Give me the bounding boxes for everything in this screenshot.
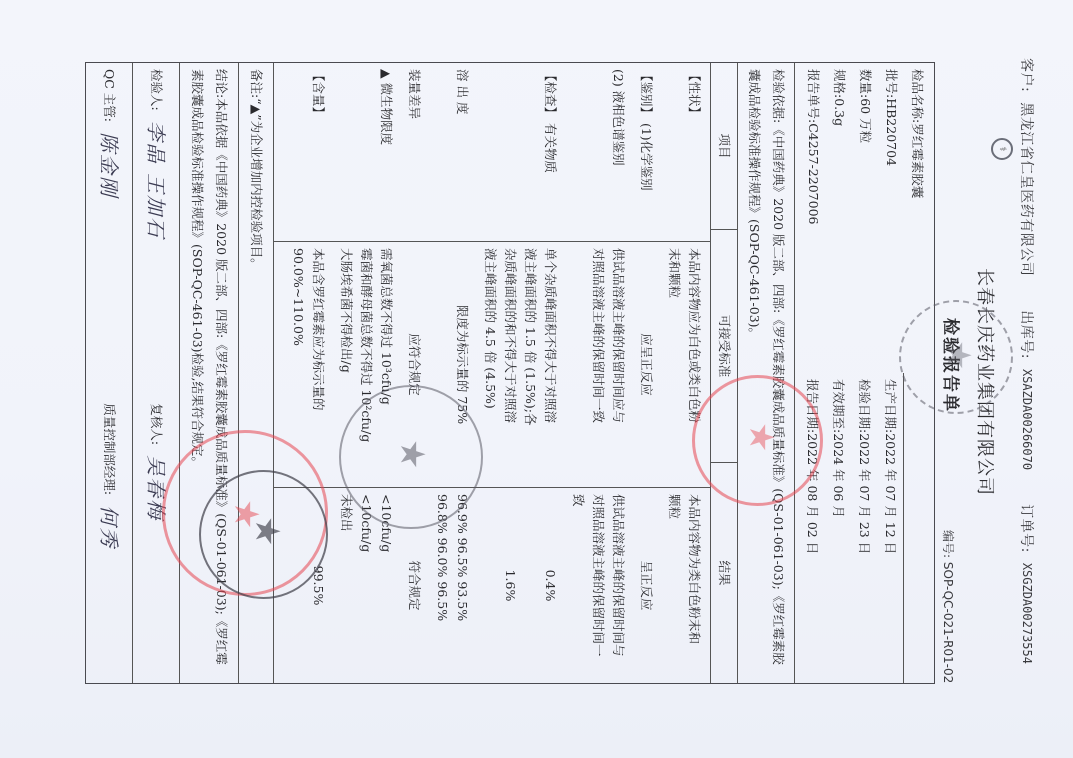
test-result-4-line: 96.9% 96.5% 93.5% <box>452 494 472 677</box>
test-result-3: 0.4%1.6% <box>480 494 560 677</box>
test-result-0: 本品内容物为类白色粉末和颗粒 <box>664 494 704 677</box>
acceptance-standard-3-line: 杂质峰面积的和不得大于对照溶 <box>500 248 520 481</box>
acceptance-standard-2: 供试品溶液主峰的保留时间应与对照品溶液主峰的保留时间一致 <box>568 248 628 481</box>
qc-supervisor-signature: 陈金刚 <box>97 132 121 198</box>
conclusion-row: 结论:本品依据《中国药典》2020 版二部、四部:《罗红霉素胶囊成品质量标准》(… <box>179 63 238 683</box>
company-name: 长春长庆药业集团有限公司 <box>973 268 999 496</box>
production-date: 生产日期:2022 年 07 月 12 日 <box>877 373 903 677</box>
test-result-5: 符合规定 <box>404 494 424 677</box>
report-title: 检验报告单 <box>940 318 965 413</box>
test-item-1: 【鉴别】 (1)化学鉴别 <box>636 69 656 235</box>
test-item-1-line: 【鉴别】 (1)化学鉴别 <box>636 69 656 235</box>
acceptance-standard-7: 本品含罗红霉素应为标示量的90.0%~110.0% <box>288 248 328 481</box>
order-label: 订单号: <box>1017 504 1037 553</box>
test-result-6-line: 未检出 <box>336 494 356 677</box>
company-logo-icon: ⚕ <box>991 138 1013 160</box>
acceptance-standard-5: 应符合规定 <box>404 248 424 481</box>
acceptance-standard-1-line: 应呈正反应 <box>636 248 656 481</box>
test-result-2: 供试品溶液主峰的保留时间与对照品溶液主峰的保留时间一致 <box>568 494 628 677</box>
test-item-3-line <box>480 69 500 235</box>
info-right-blank <box>903 373 930 683</box>
test-item-2-line: (2) 液相色谱鉴别 <box>608 69 628 235</box>
acceptance-standard-3: 单个杂质峰面积不得大于对照溶液主峰面积的 1.5 倍 (1.5%);各杂质峰面积… <box>480 248 560 481</box>
test-item-6: ▲ 微生物限度 <box>336 69 396 235</box>
test-result-0-line: 颗粒 <box>664 494 684 677</box>
header-item: 项目 <box>711 63 737 229</box>
report-page: 客户: 黑龙江省仁皇医药有限公司 出库号: XSAZDA00266070 订单号… <box>0 0 1073 758</box>
test-result-6-line: <10cfu/g <box>376 494 396 677</box>
info-block: 检品名称:罗红霉素胶囊 批号:HB220704 数量:60 万粒 规格:0.3g… <box>794 63 934 683</box>
test-result-2-line: 对照品溶液主峰的保留时间一 <box>588 494 608 677</box>
acceptance-standard-3-line: 液主峰面积的 1.5 倍 (1.5%);各 <box>520 248 540 481</box>
acceptance-standard-7-line: 本品含罗红霉素应为标示量的 <box>308 248 328 481</box>
outbound-number: XSAZDA00266070 <box>1020 369 1034 470</box>
note-row: 备注:“▲”为企业增加内控检验项目。 <box>238 63 273 683</box>
acceptance-standard-2-line <box>568 248 588 481</box>
acceptance-standard-2-line: 供试品溶液主峰的保留时间应与 <box>608 248 628 481</box>
acceptance-standard-6-line: 需氧菌总数不得过 10³cfu/g <box>376 248 396 481</box>
test-item-5-line: 装量差异 <box>404 69 424 235</box>
test-item-3: 【检查】 有关物质 <box>480 69 560 235</box>
acceptance-standard-3-line: 液主峰面积的 4.5 倍 (4.5%) <box>480 248 500 481</box>
inspection-date: 检验日期:2022 年 07 月 23 日 <box>851 379 877 677</box>
test-result-6: <10cfu/g<10cfu/g未检出 <box>336 494 396 677</box>
order-number: XSGZDA00273554 <box>1020 563 1034 664</box>
test-result-6-line: <10cfu/g <box>356 494 376 677</box>
acceptance-standard-7-line: 90.0%~110.0% <box>288 248 308 481</box>
acceptance-standard-0-line: 末和颗粒 <box>664 248 684 481</box>
acceptance-standard-4-line: 限度为标示量的 75% <box>452 248 472 481</box>
header-standard: 可接受标准 <box>711 229 737 462</box>
test-item-3-line: 【检查】 有关物质 <box>540 69 560 235</box>
customer-label: 客户: <box>1017 58 1037 92</box>
specification: 规格:0.3g <box>826 69 852 367</box>
test-item-2-line <box>588 69 608 235</box>
signature-row-1: 检验人: 李晶 王加石 复核人: 吴春梅 <box>132 63 179 683</box>
test-result-1: 呈正反应 <box>636 494 656 677</box>
test-item-6-line <box>356 69 376 235</box>
document-number-label: 编号: <box>941 530 955 558</box>
acceptance-standard-6-line: 大肠埃希菌不得检出/g <box>336 248 356 481</box>
report-date: 报告日期:2022 年 08 月 02 日 <box>799 379 825 677</box>
test-result-3-line <box>520 494 540 677</box>
test-item-0: 【性状】 <box>664 69 704 235</box>
conclusion-text: 结论:本品依据《中国药典》2020 版二部、四部:《罗红霉素胶囊成品质量标准》(… <box>180 63 238 683</box>
test-result-7-line: 99.5% <box>308 494 328 677</box>
test-result-5-line: 符合规定 <box>404 494 424 677</box>
acceptance-standard-1: 应呈正反应 <box>636 248 656 481</box>
reviewer-label: 复核人: <box>144 403 168 445</box>
header-result: 结果 <box>711 462 737 683</box>
document-number-value: SOP-QC-021-R01-02 <box>941 562 955 683</box>
test-item-4-line: 溶 出 度 <box>452 69 472 235</box>
reviewer-signature: 吴春梅 <box>144 455 168 521</box>
info-left: 检品名称:罗红霉素胶囊 批号:HB220704 数量:60 万粒 规格:0.3g… <box>795 63 934 373</box>
items-body: 【性状】【鉴别】 (1)化学鉴别(2) 液相色谱鉴别【检查】 有关物质溶 出 度… <box>273 63 710 683</box>
inspector-label: 检验人: <box>144 69 168 111</box>
results-column: 本品内容物为类白色粉末和颗粒呈正反应供试品溶液主峰的保留时间与对照品溶液主峰的保… <box>274 487 710 683</box>
test-item-7-line: 【含量】 <box>308 69 328 235</box>
note-text: 备注:“▲”为企业增加内控检验项目。 <box>239 63 273 277</box>
test-result-2-line: 供试品溶液主峰的保留时间与 <box>608 494 628 677</box>
acceptance-standard-6-line: 霉菌和酵母菌总数不得过 10²cfu/g <box>356 248 376 481</box>
report-number: 报告单号:C4257-2207006 <box>800 69 826 367</box>
test-item-5: 装量差异 <box>404 69 424 235</box>
acceptance-standard-0-line: 本品内容物应为白色或类白色粉 <box>684 248 704 481</box>
inspection-basis: 检验依据:《中国药典》2020 版二部、四部:《罗红霉素胶囊成品质量标准》(QS… <box>738 63 794 683</box>
info-right: 生产日期:2022 年 07 月 12 日 检验日期:2022 年 07 月 2… <box>795 373 934 683</box>
acceptance-standard-4: 限度为标示量的 75% <box>432 248 472 481</box>
test-item-4-line <box>432 69 452 235</box>
standards-column: 本品内容物应为白色或类白色粉末和颗粒应呈正反应供试品溶液主峰的保留时间应与对照品… <box>274 241 710 487</box>
test-item-0-line <box>664 69 684 235</box>
basis-row: 检验依据:《中国药典》2020 版二部、四部:《罗红霉素胶囊成品质量标准》(QS… <box>737 63 794 683</box>
test-result-3-line: 0.4% <box>540 494 560 677</box>
test-item-6-line <box>336 69 356 235</box>
quantity: 数量:60 万粒 <box>852 69 878 367</box>
test-item-2-line <box>568 69 588 235</box>
customer-name: 黑龙江省仁皇医药有限公司 <box>1017 102 1037 276</box>
table-header: 项目 可接受标准 结果 <box>710 63 737 683</box>
test-item-6-line: ▲ 微生物限度 <box>376 69 396 235</box>
test-result-4-line: 96.8% 96.0% 96.5% <box>432 494 452 677</box>
qc-manager-label: 质量控制部经理: <box>97 403 121 495</box>
test-item-7: 【含量】 <box>288 69 328 235</box>
test-result-1-line: 呈正反应 <box>636 494 656 677</box>
acceptance-standard-3-line: 单个杂质峰面积不得大于对照溶 <box>540 248 560 481</box>
expiry-date: 有效期至:2024 年 06 月 <box>825 379 851 677</box>
test-result-0-line: 本品内容物为类白色粉末和 <box>684 494 704 677</box>
test-item-4: 溶 出 度 <box>432 69 472 235</box>
test-item-3-line <box>500 69 520 235</box>
test-result-7-line <box>288 494 308 677</box>
test-item-3-line <box>520 69 540 235</box>
report-table: 检品名称:罗红霉素胶囊 批号:HB220704 数量:60 万粒 规格:0.3g… <box>85 62 935 684</box>
test-result-2-line: 致 <box>568 494 588 677</box>
signature-row-2: QC 主管: 陈金刚 质量控制部经理: 何秀 <box>86 63 132 683</box>
test-item-7-line <box>288 69 308 235</box>
acceptance-standard-4-line <box>432 248 452 481</box>
document-number: 编号: SOP-QC-021-R01-02 <box>940 530 957 683</box>
qc-manager-signature: 何秀 <box>97 505 121 549</box>
test-result-3-line <box>480 494 500 677</box>
acceptance-standard-6: 需氧菌总数不得过 10³cfu/g霉菌和酵母菌总数不得过 10²cfu/g大肠埃… <box>336 248 396 481</box>
test-result-3-line: 1.6% <box>500 494 520 677</box>
test-item-2: (2) 液相色谱鉴别 <box>568 69 628 235</box>
acceptance-standard-5-line: 应符合规定 <box>404 248 424 481</box>
product-name: 检品名称:罗红霉素胶囊 <box>904 69 930 367</box>
acceptance-standard-0: 本品内容物应为白色或类白色粉末和颗粒 <box>664 248 704 481</box>
qc-supervisor-label: QC 主管: <box>97 69 121 122</box>
header-line: 客户: 黑龙江省仁皇医药有限公司 出库号: XSAZDA00266070 订单号… <box>1017 58 1037 708</box>
batch-number: 批号:HB220704 <box>878 69 904 367</box>
inspector-signature: 李晶 王加石 <box>144 121 168 239</box>
test-result-4: 96.9% 96.5% 93.5%96.8% 96.0% 96.5% <box>432 494 472 677</box>
items-column: 【性状】【鉴别】 (1)化学鉴别(2) 液相色谱鉴别【检查】 有关物质溶 出 度… <box>274 63 710 241</box>
acceptance-standard-2-line: 对照品溶液主峰的保留时间一致 <box>588 248 608 481</box>
test-item-0-line: 【性状】 <box>684 69 704 235</box>
test-result-7: 99.5% <box>288 494 328 677</box>
outbound-label: 出库号: <box>1017 310 1037 359</box>
